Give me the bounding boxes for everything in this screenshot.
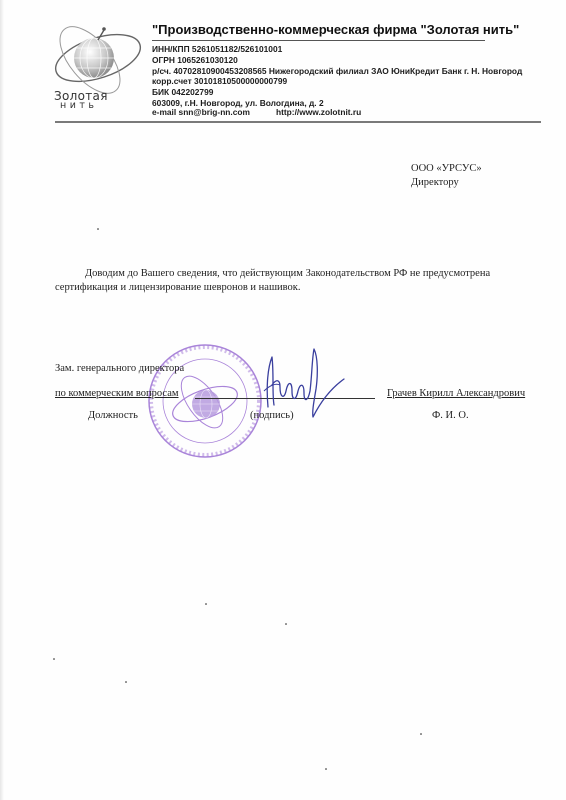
scan-speck: [97, 228, 99, 230]
signatory-position-line2: по коммерческим вопросам: [55, 388, 179, 399]
body-line-1: Доводим до Вашего сведения, что действую…: [55, 267, 547, 281]
addressee-position: Директору: [411, 176, 482, 190]
addressee: ООО «УРСУС» Директору: [411, 162, 482, 189]
scan-speck: [53, 658, 55, 660]
scan-speck: [125, 681, 127, 683]
title-underline: [152, 40, 485, 41]
requisite-account: р/сч. 40702810900453208565 Нижегородский…: [152, 66, 522, 77]
scan-speck: [420, 733, 422, 735]
logo-wordmark-line2: нить: [60, 100, 98, 111]
label-full-name: Ф. И. О.: [432, 410, 469, 421]
signatory-position-line1: Зам. генерального директора: [55, 363, 184, 374]
scan-speck: [325, 768, 327, 770]
company-title: "Производственно-коммерческая фирма "Зол…: [152, 22, 519, 37]
company-contacts: e-mail snn@brig-nn.comhttp://www.zolotni…: [152, 107, 361, 117]
requisite-corr-account: корр.счет 30101810500000000799: [152, 76, 522, 87]
requisite-ogrn: ОГРН 1065261030120: [152, 55, 522, 66]
body-line-2: сертификация и лицензирование шевронов и…: [55, 281, 547, 295]
handwritten-signature-icon: [258, 345, 348, 420]
addressee-organization: ООО «УРСУС»: [411, 162, 482, 176]
round-seal-icon: [146, 342, 264, 460]
letterhead-divider: [55, 121, 541, 123]
letter-body: Доводим до Вашего сведения, что действую…: [55, 267, 547, 295]
company-email: e-mail snn@brig-nn.com: [152, 107, 250, 117]
letter-page: Золотая нить "Производственно-коммерческ…: [0, 0, 566, 800]
scan-speck: [205, 603, 207, 605]
scan-speck: [285, 623, 287, 625]
requisite-bik: БИК 042202799: [152, 87, 522, 98]
company-website: http://www.zolotnit.ru: [276, 107, 361, 117]
company-requisites: ИНН/КПП 5261051182/526101001 ОГРН 106526…: [152, 44, 522, 109]
signatory-full-name: Грачев Кирилл Александрович: [387, 388, 525, 399]
label-position: Должность: [88, 410, 138, 421]
scan-edge-shadow: [0, 0, 4, 800]
requisite-inn: ИНН/КПП 5261051182/526101001: [152, 44, 522, 55]
